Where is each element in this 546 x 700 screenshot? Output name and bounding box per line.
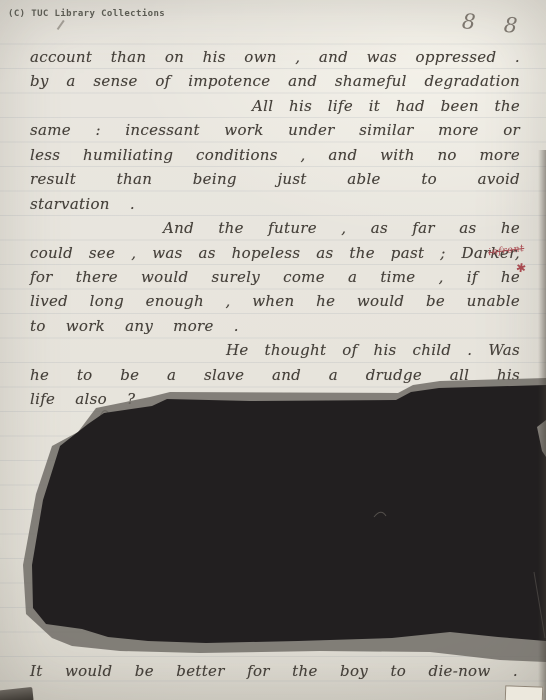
manuscript-line: account than on his own , and was oppres…	[30, 45, 520, 69]
manuscript-line: to work any more .	[30, 314, 520, 338]
red-asterisk-mark: ✱	[515, 260, 527, 275]
manuscript-page: (C) TUC Library Collections 8 8 account …	[0, 0, 546, 700]
watermark: (C) TUC Library Collections	[8, 9, 165, 19]
page-edge-shadow	[538, 150, 546, 700]
manuscript-line: life also ?	[30, 387, 520, 411]
scratch-mark	[374, 512, 386, 517]
manuscript-line: by a sense of impotence and shameful deg…	[30, 69, 520, 93]
manuscript-line: And the future , as far as he	[163, 216, 520, 240]
pencil-mark	[57, 20, 65, 30]
manuscript-line: for there would surely come a time , if …	[30, 265, 520, 289]
ink-peek-stroke	[100, 411, 110, 423]
manuscript-line: lived long enough , when he would be una…	[30, 289, 520, 313]
manuscript-line: same : incessant work under similar more…	[30, 118, 520, 142]
bottom-right-corner-tag	[505, 685, 544, 700]
manuscript-line: starvation .	[30, 192, 520, 216]
manuscript-line: All his life it had been the	[252, 94, 520, 118]
manuscript-text: account than on his own , and was oppres…	[30, 45, 520, 412]
page-number: 8 8	[461, 9, 529, 39]
red-annotation-crossed-word: infront	[487, 243, 526, 259]
manuscript-line: could see , was as hopeless as the past …	[30, 241, 520, 265]
crease-line	[534, 572, 545, 638]
manuscript-line: less humiliating conditions , and with n…	[30, 143, 520, 167]
manuscript-line: he to be a slave and a drudge all his	[30, 363, 520, 387]
redaction-wash	[23, 378, 546, 662]
red-annotation: infront ✱	[488, 245, 526, 275]
redaction-black	[32, 385, 546, 643]
manuscript-line: He thought of his child . Was	[226, 338, 520, 362]
manuscript-line: result than being just able to avoid	[30, 167, 520, 191]
manuscript-line-final: It would be better for the boy to die-no…	[30, 658, 518, 684]
bottom-left-corner-mark	[0, 687, 34, 700]
